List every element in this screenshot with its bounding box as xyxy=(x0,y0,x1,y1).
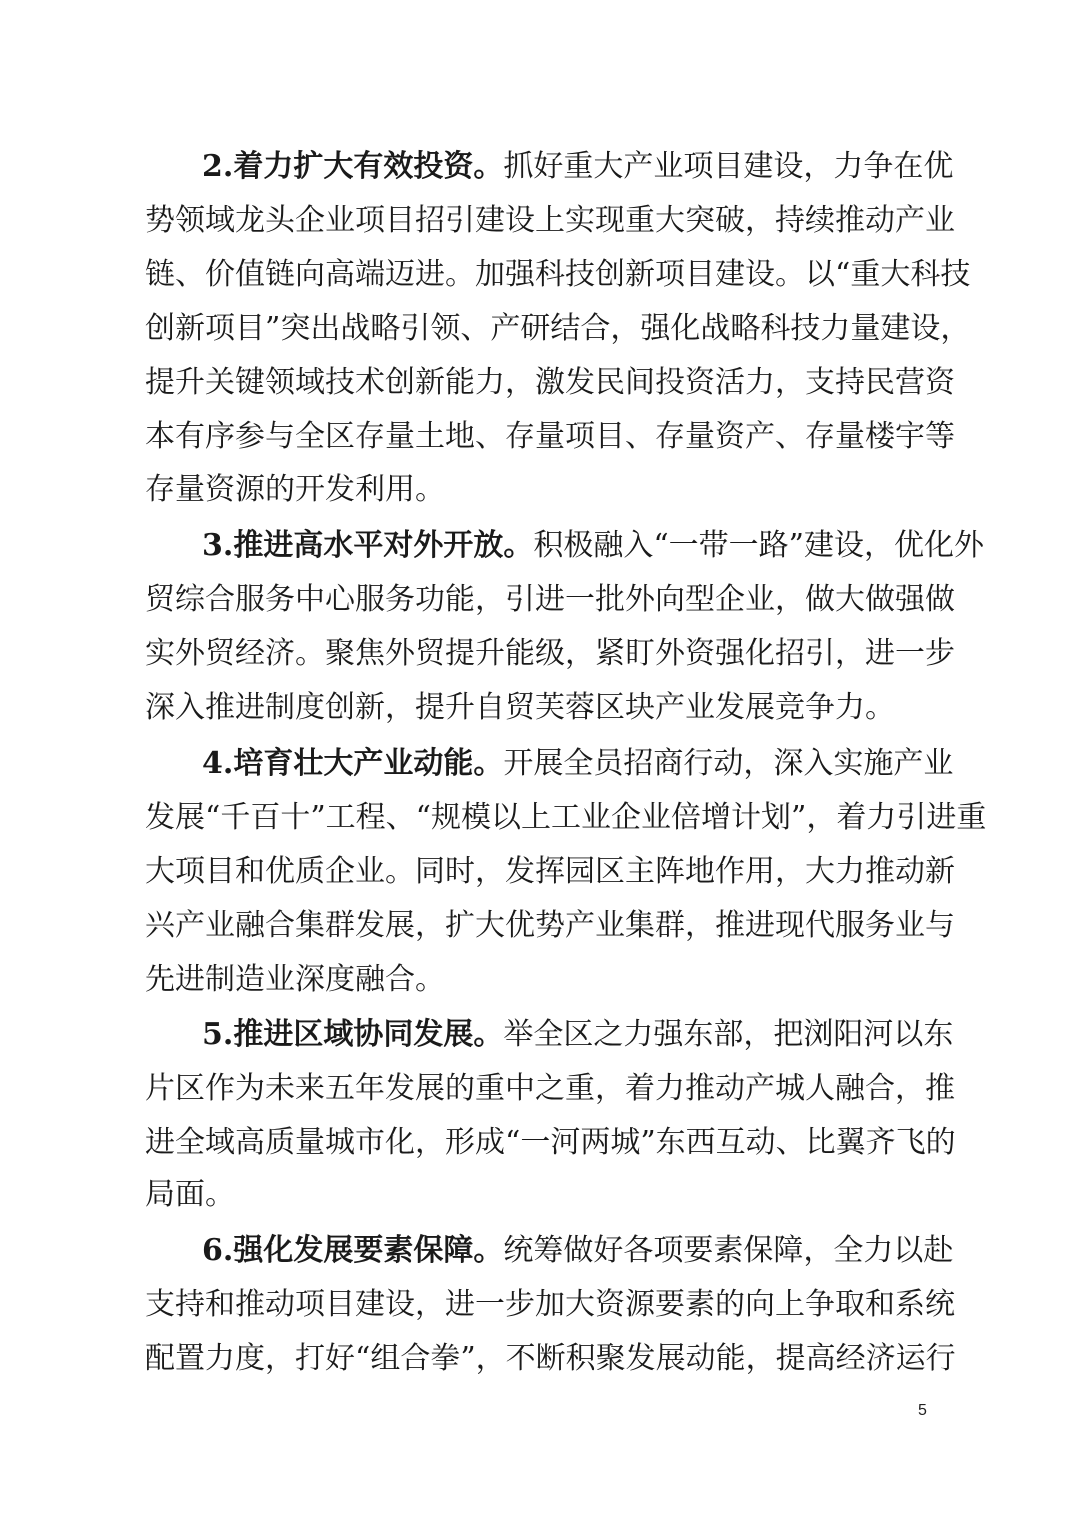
paragraph-6-heading: 6.强化发展要素保障。 xyxy=(202,1233,503,1268)
paragraph-6-text: 统筹做好各项要素保障，全力以赴 xyxy=(503,1233,953,1268)
paragraph-2-line-3: 链、价值链向高端迈进。加强科技创新项目建设。以“重大科技 xyxy=(145,255,929,295)
paragraph-2-heading: 2.着力扩大有效投资。 xyxy=(202,149,503,184)
paragraph-2-line-6: 本有序参与全区存量土地、存量项目、存量资产、存量楼宇等 xyxy=(145,417,929,457)
paragraph-4-text: 开展全员招商行动，深入实施产业 xyxy=(503,746,953,781)
paragraph-2-line-1: 2.着力扩大有效投资。抓好重大产业项目建设，力争在优 xyxy=(202,147,929,187)
paragraph-3-line-1: 3.推进高水平对外开放。积极融入“一带一路”建设，优化外 xyxy=(202,526,929,566)
document-page: 2.着力扩大有效投资。抓好重大产业项目建设，力争在优 势领域龙头企业项目招引建设… xyxy=(0,0,1074,1520)
paragraph-5-line-2: 片区作为未来五年发展的重中之重，着力推动产城人融合，推 xyxy=(145,1069,929,1109)
paragraph-4-line-3: 大项目和优质企业。同时，发挥园区主阵地作用，大力推动新 xyxy=(145,852,929,892)
paragraph-3-heading: 3.推进高水平对外开放。 xyxy=(202,528,533,563)
paragraph-5-line-3: 进全域高质量城市化，形成“一河两城”东西互动、比翼齐飞的 xyxy=(145,1123,929,1163)
paragraph-6-line-2: 支持和推动项目建设，进一步加大资源要素的向上争取和系统 xyxy=(145,1285,929,1325)
page-number: 5 xyxy=(918,1401,927,1421)
paragraph-2-line-7: 存量资源的开发利用。 xyxy=(145,470,929,510)
paragraph-6-line-1: 6.强化发展要素保障。统筹做好各项要素保障，全力以赴 xyxy=(202,1231,929,1271)
paragraph-3-line-2: 贸综合服务中心服务功能，引进一批外向型企业，做大做强做 xyxy=(145,580,929,620)
paragraph-4-line-2: 发展“千百十”工程、“规模以上工业企业倍增计划”，着力引进重 xyxy=(145,798,929,838)
paragraph-4-line-5: 先进制造业深度融合。 xyxy=(145,960,929,1000)
paragraph-3-line-3: 实外贸经济。聚焦外贸提升能级，紧盯外资强化招引，进一步 xyxy=(145,634,929,674)
paragraph-3-line-4: 深入推进制度创新，提升自贸芙蓉区块产业发展竞争力。 xyxy=(145,688,929,728)
paragraph-3-text: 积极融入“一带一路”建设，优化外 xyxy=(533,528,984,563)
paragraph-2-text: 抓好重大产业项目建设，力争在优 xyxy=(503,149,953,184)
paragraph-5-line-4: 局面。 xyxy=(145,1175,929,1215)
paragraph-2-line-2: 势领域龙头企业项目招引建设上实现重大突破，持续推动产业 xyxy=(145,201,929,241)
paragraph-4-line-1: 4.培育壮大产业动能。开展全员招商行动，深入实施产业 xyxy=(202,744,929,784)
paragraph-4-heading: 4.培育壮大产业动能。 xyxy=(202,746,503,781)
paragraph-5-text: 举全区之力强东部，把浏阳河以东 xyxy=(503,1017,953,1052)
paragraph-2-line-5: 提升关键领域技术创新能力，激发民间投资活力，支持民营资 xyxy=(145,363,929,403)
paragraph-4-line-4: 兴产业融合集群发展，扩大优势产业集群，推进现代服务业与 xyxy=(145,906,929,946)
paragraph-5-line-1: 5.推进区域协同发展。举全区之力强东部，把浏阳河以东 xyxy=(202,1015,929,1055)
paragraph-6-line-3: 配置力度，打好“组合拳”，不断积聚发展动能，提高经济运行 xyxy=(145,1339,929,1379)
paragraph-2-line-4: 创新项目”突出战略引领、产研结合，强化战略科技力量建设， xyxy=(145,309,929,349)
paragraph-5-heading: 5.推进区域协同发展。 xyxy=(202,1017,503,1052)
